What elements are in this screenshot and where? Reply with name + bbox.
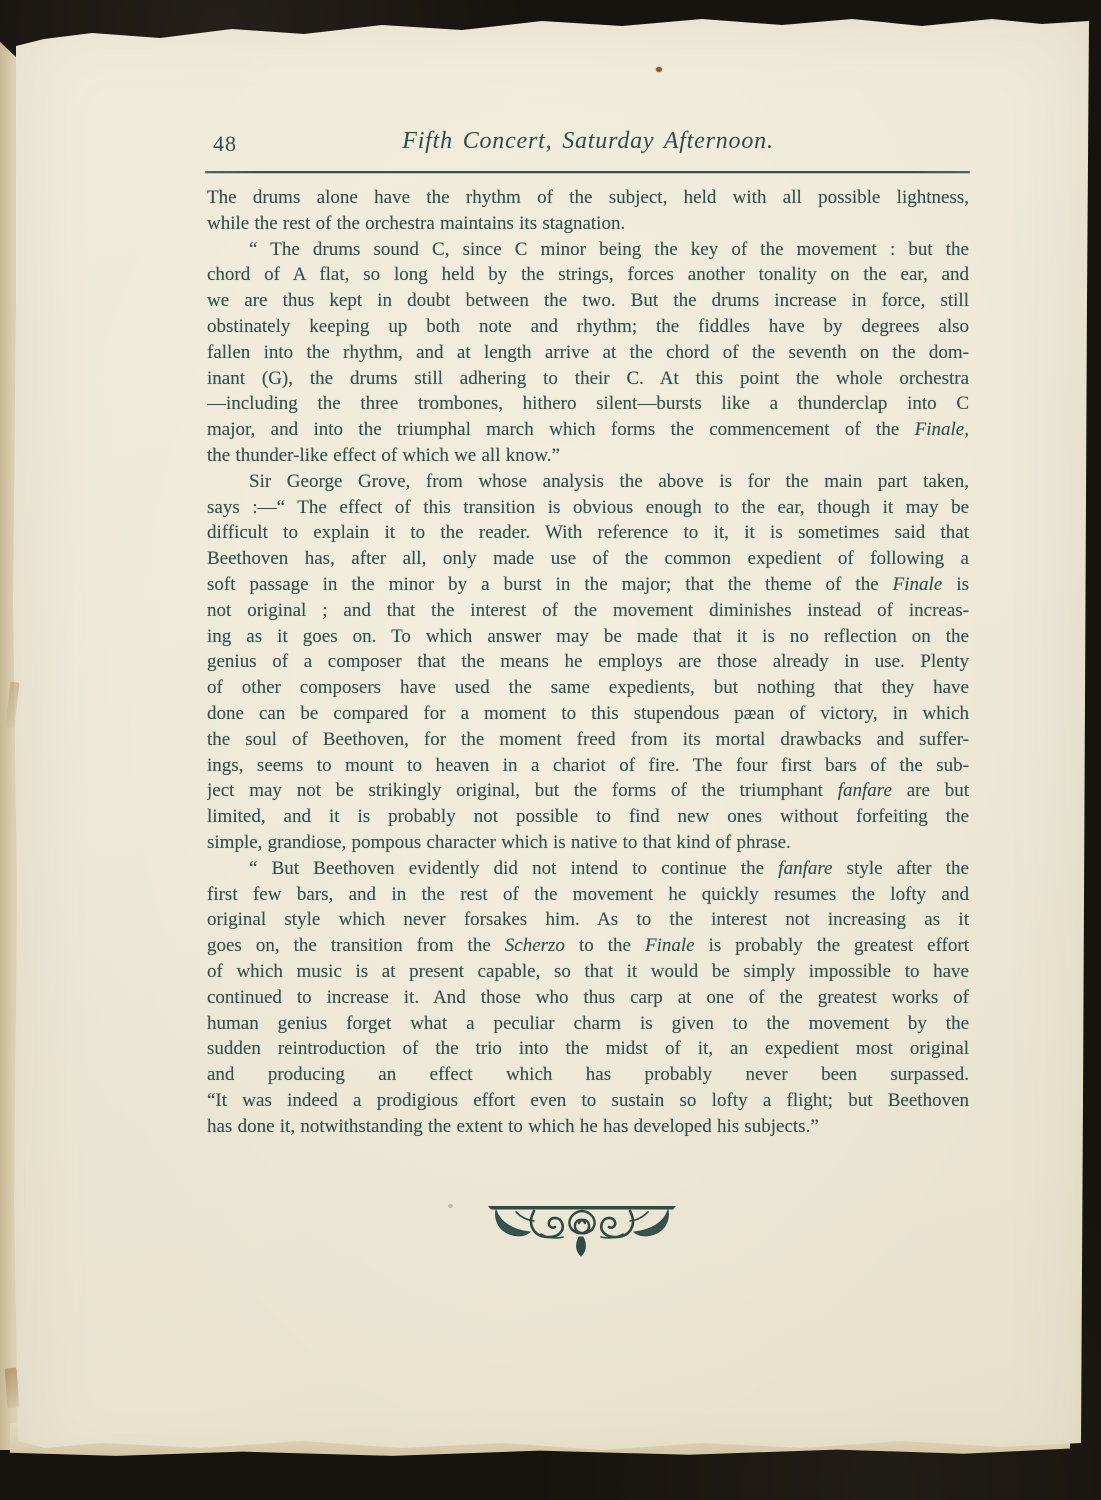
text-line: “It was indeed a prodigious effort even … (207, 1088, 969, 1114)
text-line: done can be compared for a moment to thi… (207, 701, 969, 727)
text-line: first few bars, and in the rest of the m… (207, 882, 969, 908)
text-line: while the rest of the orchestra maintain… (207, 211, 969, 237)
paragraph: The drums alone have the rhythm of the s… (207, 185, 969, 237)
header-rule (205, 171, 970, 173)
text-line: fallen into the rhythm, and at length ar… (207, 340, 969, 366)
paragraph: Sir George Grove, from whose analysis th… (207, 469, 969, 856)
text-line: Sir George Grove, from whose analysis th… (207, 469, 969, 495)
paper-blemish (448, 1204, 453, 1208)
text-line: genius of a composer that the means he e… (207, 649, 969, 675)
body-text: The drums alone have the rhythm of the s… (207, 185, 969, 1139)
text-line: of which music is at present capable, so… (207, 959, 969, 985)
text-line: the soul of Beethoven, for the moment fr… (207, 727, 969, 753)
text-line: “ But Beethoven evidently did not intend… (207, 856, 969, 882)
text-line: sudden reintroduction of the trio into t… (207, 1036, 969, 1062)
text-line: original style which never forsakes him.… (207, 907, 969, 933)
text-line: we are thus kept in doubt between the tw… (207, 288, 969, 314)
text-line: —including the three trombones, hithero … (207, 391, 969, 417)
text-line: major, and into the triumphal march whic… (207, 417, 969, 443)
page-header: 48 Fifth Concert, Saturday Afternoon. (207, 126, 969, 164)
text-line: goes on, the transition from the Scherzo… (207, 933, 969, 959)
text-line: human genius forget what a peculiar char… (207, 1011, 969, 1037)
text-line: inant (G), the drums still adhering to t… (207, 366, 969, 392)
text-line: not original ; and that the interest of … (207, 598, 969, 624)
text-line: Beethoven has, after all, only made use … (207, 546, 969, 572)
text-line: chord of A flat, so long held by the str… (207, 262, 969, 288)
text-line: obstinately keeping up both note and rhy… (207, 314, 969, 340)
text-line: ings, seems to mount to heaven in a char… (207, 753, 969, 779)
scroll-tailpiece-ornament-icon (486, 1200, 678, 1260)
text-line: simple, grandiose, pompous character whi… (207, 830, 969, 856)
text-line: difficult to explain it to the reader. W… (207, 520, 969, 546)
text-line: continued to increase it. And those who … (207, 985, 969, 1011)
text-line: The drums alone have the rhythm of the s… (207, 185, 969, 211)
paragraph: “ But Beethoven evidently did not intend… (207, 856, 969, 1140)
text-line: says :—“ The effect of this transition i… (207, 495, 969, 521)
text-line: of other composers have used the same ex… (207, 675, 969, 701)
text-line: the thunder-like effect of which we all … (207, 443, 969, 469)
text-line: ing as it goes on. To which answer may b… (207, 624, 969, 650)
paragraph: “ The drums sound C, since C minor being… (207, 237, 969, 469)
text-line: and producing an effect which has probab… (207, 1062, 969, 1088)
text-line: ject may not be strikingly original, but… (207, 778, 969, 804)
running-title: Fifth Concert, Saturday Afternoon. (207, 128, 969, 155)
text-line: limited, and it is probably not possible… (207, 804, 969, 830)
text-line: “ The drums sound C, since C minor being… (207, 237, 969, 263)
paper-blemish (656, 67, 662, 72)
text-line: has done it, notwithstanding the extent … (207, 1114, 969, 1140)
text-line: soft passage in the minor by a burst in … (207, 572, 969, 598)
